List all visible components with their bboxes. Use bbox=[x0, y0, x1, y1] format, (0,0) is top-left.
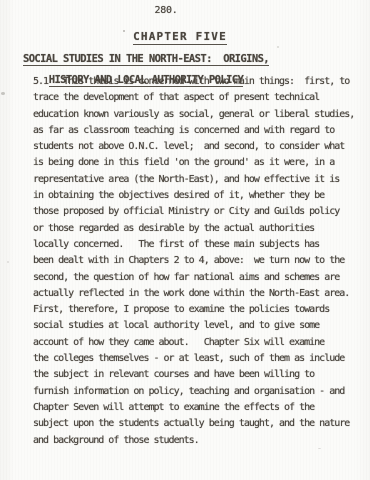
scan-speck bbox=[7, 261, 9, 263]
body-line: in obtaining the objectives desired of i… bbox=[33, 188, 363, 204]
body-line: the subject in relevant courses and have… bbox=[33, 367, 363, 383]
section-title-line-1: SOCIAL STUDIES IN THE NORTH-EAST: ORIGIN… bbox=[0, 47, 292, 66]
body-line: is being done in this field 'on the grou… bbox=[33, 155, 363, 171]
body-line: actually reflected in the work done with… bbox=[33, 286, 363, 302]
body-line: subject upon the students actually being… bbox=[33, 416, 363, 432]
body-line: furnish information on policy, teaching … bbox=[33, 384, 363, 400]
body-line: trace the development of that aspect of … bbox=[33, 90, 363, 106]
body-line: those proposed by official Ministry or C… bbox=[33, 204, 363, 220]
scanned-document-page: 280. CHAPTER FIVE SOCIAL STUDIES IN THE … bbox=[0, 0, 370, 480]
body-paragraph: 5.1 This thesis is concerned with two ma… bbox=[33, 74, 363, 449]
body-line: account of how they came about. Chapter … bbox=[33, 335, 363, 351]
body-line: First, therefore, I propose to examine t… bbox=[33, 302, 363, 318]
scan-speck bbox=[165, 443, 167, 444]
body-line: 5.1 This thesis is concerned with two ma… bbox=[33, 74, 363, 90]
body-line: the colleges themselves - or at least, s… bbox=[33, 351, 363, 367]
body-line: and background of those students. bbox=[33, 433, 363, 449]
scan-speck bbox=[1, 92, 5, 95]
body-line: education known variously as social, gen… bbox=[33, 107, 363, 123]
body-line: as far as classroom teaching is concerne… bbox=[33, 123, 363, 139]
scan-speck bbox=[123, 30, 125, 32]
body-line: been dealt with in Chapters 2 to 4, abov… bbox=[33, 253, 363, 269]
chapter-heading: CHAPTER FIVE bbox=[0, 25, 360, 44]
body-line: locally concerned. The first of these ma… bbox=[33, 237, 363, 253]
body-line: Chapter Seven will attempt to examine th… bbox=[33, 400, 363, 416]
body-line: social studies at local authority level,… bbox=[33, 318, 363, 334]
scan-speck bbox=[277, 46, 279, 48]
page-number: 280. bbox=[0, 5, 332, 16]
body-line: or those regarded as desirable by the ac… bbox=[33, 221, 363, 237]
chapter-heading-text: CHAPTER FIVE bbox=[133, 30, 227, 45]
scan-speck bbox=[318, 448, 321, 449]
body-line: second, the question of how far national… bbox=[33, 270, 363, 286]
body-line: students not above O.N.C. level; and sec… bbox=[33, 139, 363, 155]
body-line: representative area (the North-East), an… bbox=[33, 172, 363, 188]
